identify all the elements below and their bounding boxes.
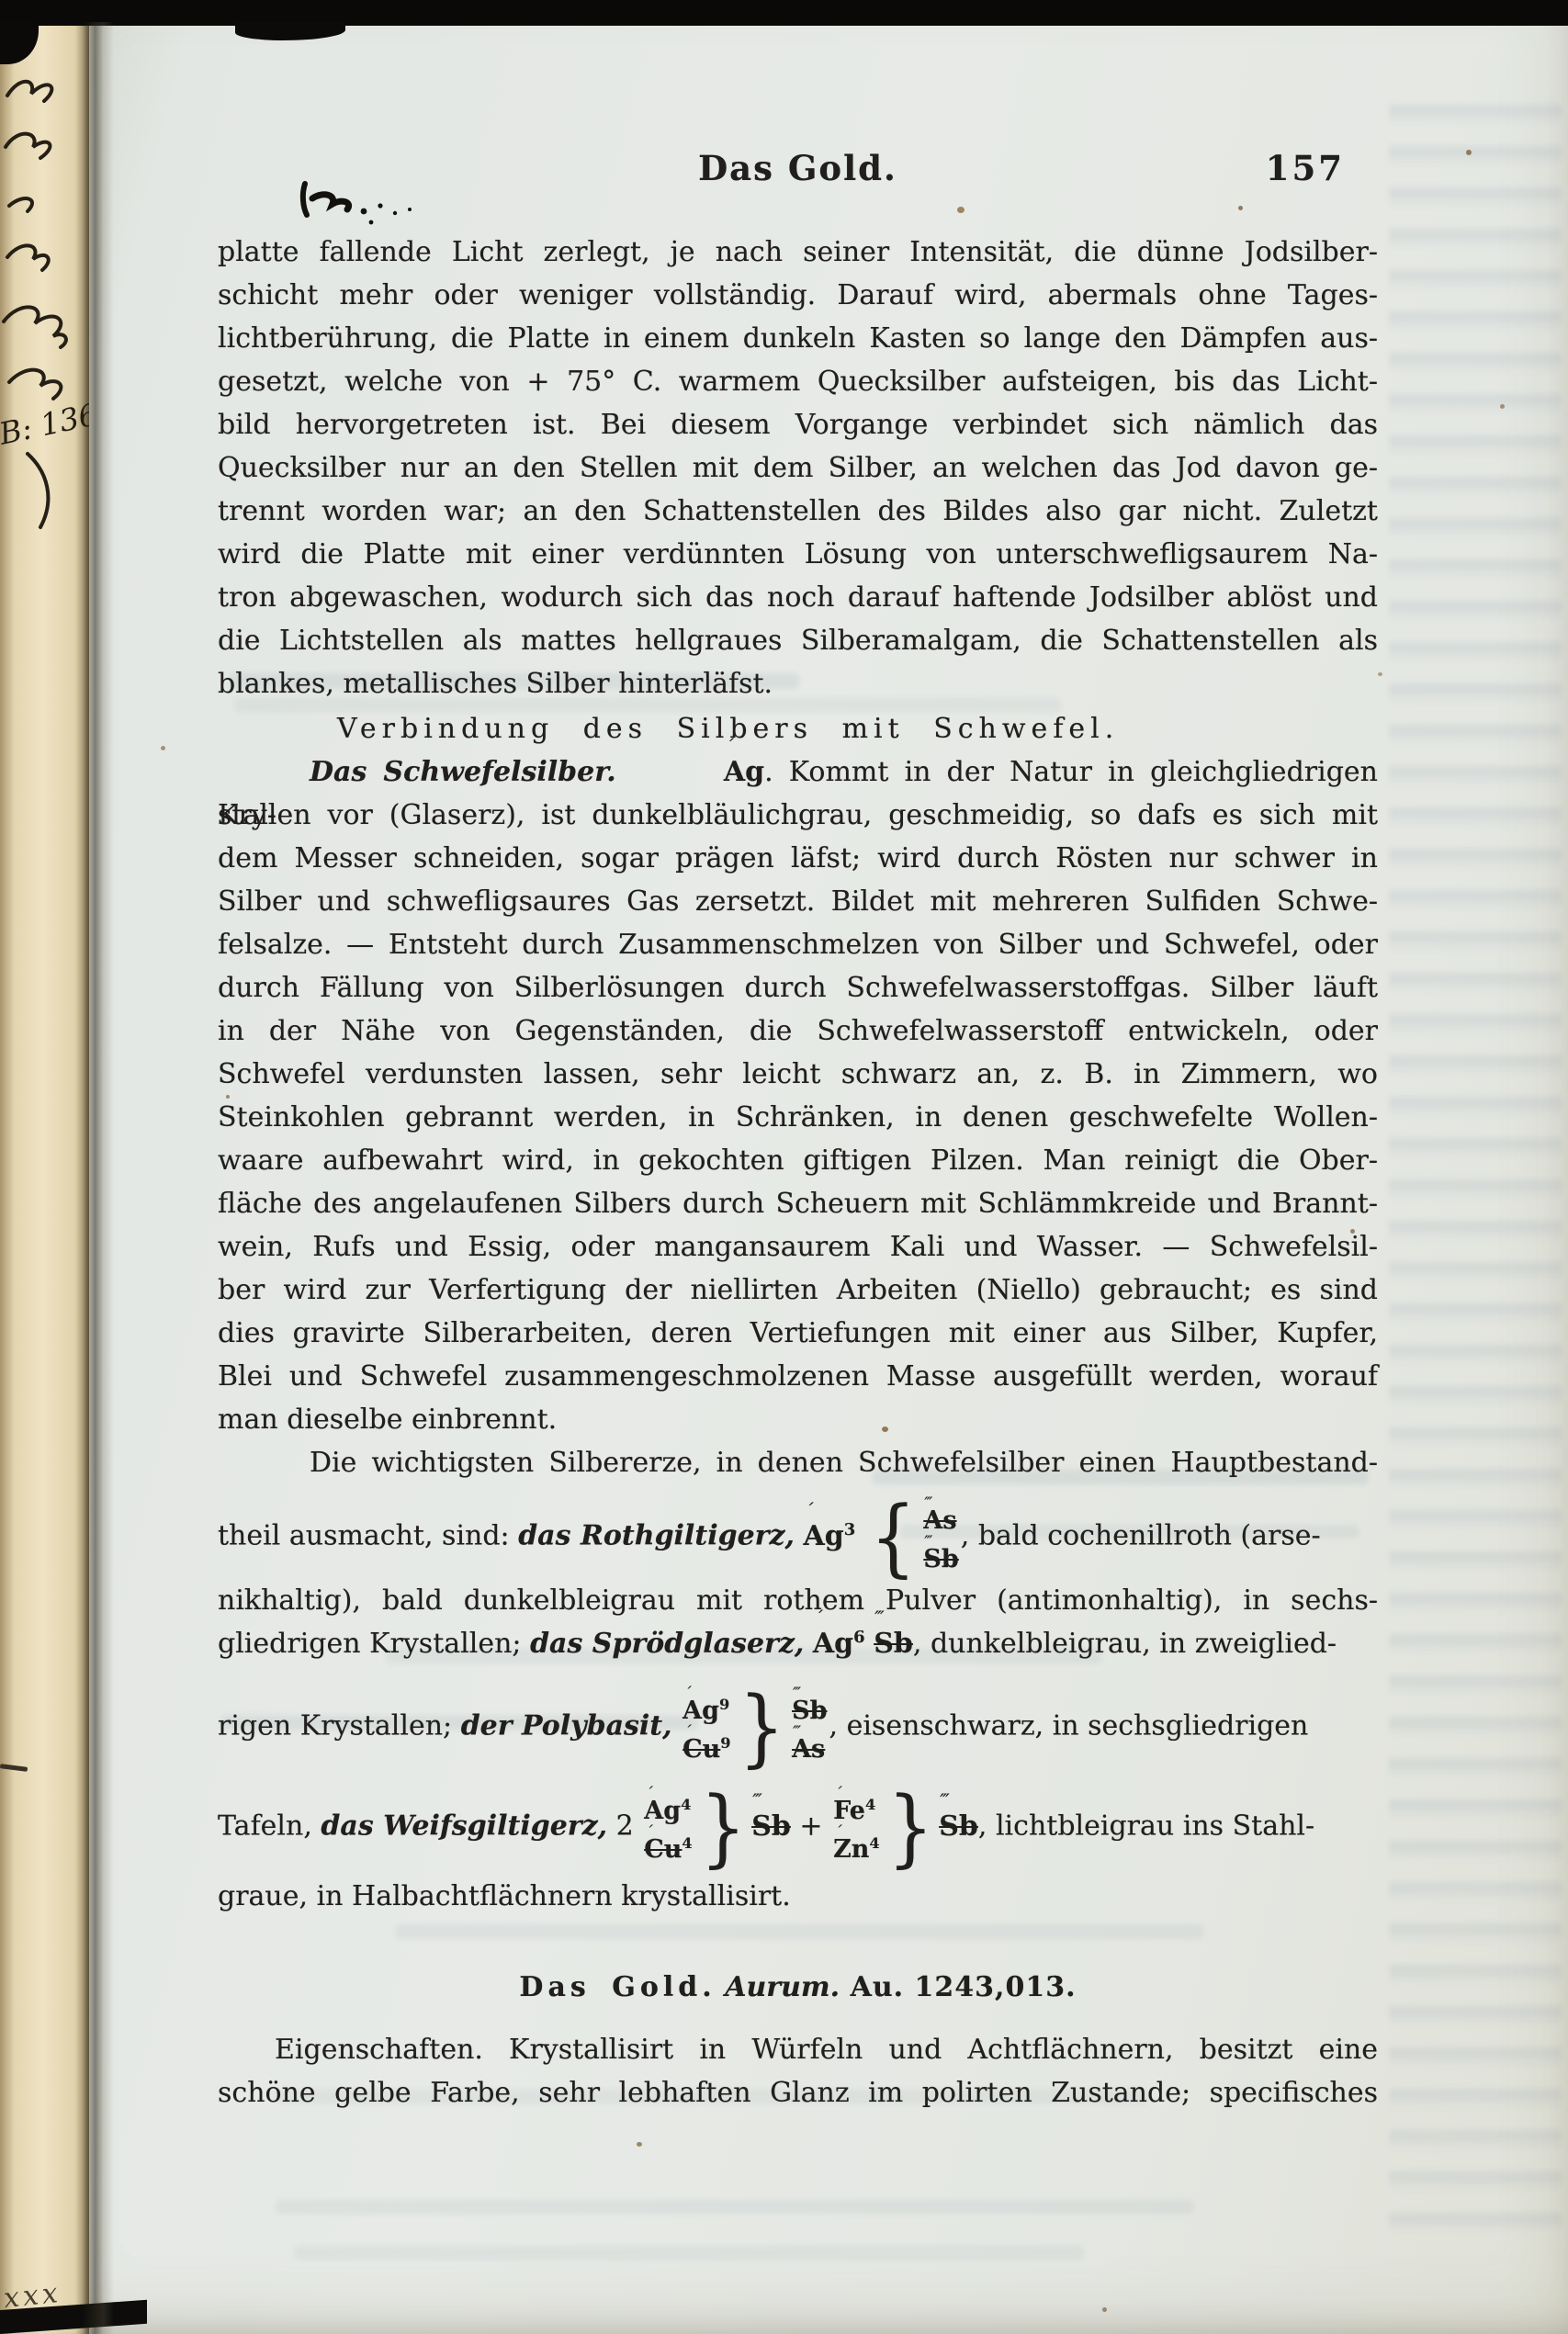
text-line: blankes, metallisches Silber hinterläfst… [218, 662, 1378, 705]
text-line: Blei und Schwefel zusammengeschmolzenen … [218, 1355, 1378, 1398]
accent-mark: ´ [814, 1608, 821, 1627]
chemical-symbol: ‴As [923, 1508, 956, 1533]
text-line: wein, Rufs und Essig, oder mangansaurem … [218, 1225, 1378, 1268]
chemical-symbol: ‴Sb [751, 1805, 791, 1848]
bleed-through-texture [276, 2200, 1194, 2214]
formula-stack: ‴As‴Sb [921, 1501, 960, 1573]
text-line: schöne gelbe Farbe, sehr lebhaften Glanz… [218, 2071, 1378, 2114]
chemical-symbol: ´Ag9 [682, 1698, 729, 1723]
text-line: man dieselbe einbrennt. [218, 1398, 1378, 1441]
formula-brace: } [739, 1694, 784, 1762]
section-heading-silber-schwefel: Verbindung des Silbers mit Schwefel. [218, 707, 1378, 750]
paragraph-eigenschaften: Eigenschaften. Krystallisirt in Würfeln … [218, 2028, 1378, 2114]
chemical-symbol: ´Cu4 [644, 1837, 692, 1862]
running-title: Das Gold. [698, 148, 897, 188]
accent-mark: ´ [834, 1825, 840, 1841]
text-line: trennt worden war; an den Schattenstelle… [218, 490, 1378, 533]
page-gutter-shadow [83, 22, 114, 2334]
fox-spot [1500, 404, 1505, 409]
text-line: rigen Krystallen; der Polybasit, ´Ag9´Cu… [218, 1691, 1378, 1764]
text-line: in der Nähe von Gegenständen, die Schwef… [218, 1009, 1378, 1053]
chemical-symbol: ‴Sb [874, 1622, 913, 1665]
accent-mark: ‴ [924, 1535, 931, 1550]
accent-mark: ‴ [940, 1791, 947, 1810]
accent-mark: ´ [804, 1501, 811, 1519]
paragraph-schwefelsilber: Das Schwefelsilber. ´Ag. Kommt in der Na… [218, 750, 1378, 1441]
formula-stack: ´Ag4´Cu4 [642, 1791, 694, 1864]
accent-mark: ‴ [793, 1686, 799, 1702]
text-line: gliedrigen Krystallen; das Sprödglaserz,… [218, 1622, 1378, 1665]
text-line: fläche des angelaufenen Silbers durch Sc… [218, 1182, 1378, 1225]
accent-mark: ´ [683, 1725, 690, 1741]
formula-stack: ´Fe4´Zn4 [831, 1791, 882, 1864]
accent-mark: ‴ [874, 1608, 882, 1627]
chemical-symbol: ´Ag3 [803, 1515, 855, 1558]
formula-brace: { [870, 1504, 916, 1572]
text-line: bild hervorgetreten ist. Bei diesem Vorg… [218, 403, 1378, 446]
marginalia-note-text: B: 136) [0, 393, 89, 452]
text-line: Verbindung des Silbers mit Schwefel. [337, 707, 1378, 750]
text-line: durch Fällung von Silberlösungen durch S… [218, 966, 1378, 1009]
accent-mark: ‴ [752, 1791, 760, 1810]
page-header: Das Gold. 157 [218, 147, 1378, 189]
text-line: stallen vor (Glaserz), ist dunkelbläulic… [218, 794, 1378, 837]
text-line: gesetzt, welche von + 75° C. warmem Quec… [218, 360, 1378, 403]
chemical-symbol: ´Ag [632, 750, 764, 794]
text-line: Das Gold. Aurum. Au. 1243,013. [218, 1966, 1378, 2009]
text-line: waare aufbewahrt wird, in gekochten gift… [218, 1139, 1378, 1182]
chemical-symbol: ´Ag6 [813, 1622, 865, 1665]
accent-mark: ´ [645, 1825, 651, 1841]
handwritten-marginalia: B: 136) [0, 59, 89, 757]
text-line: nikhaltig), bald dunkelbleigrau mit roth… [218, 1579, 1378, 1622]
text-line: Eigenschaften. Krystallisirt in Würfeln … [218, 2028, 1378, 2071]
fox-spot [1466, 150, 1472, 155]
text-line: Silber und schwefligsaures Gas zersetzt.… [218, 880, 1378, 923]
formula-stack: ‴Sb‴As [790, 1691, 829, 1764]
text-line: graue, in Halbachtflächnern krystallisir… [218, 1875, 1378, 1918]
text-line: die Lichtstellen als mattes hellgraues S… [218, 619, 1378, 662]
formula-stack: ´Ag9´Cu9 [681, 1691, 732, 1764]
paragraph-daguerreotypie: platte fallende Licht zerlegt, je nach s… [218, 231, 1378, 705]
formula-brace: } [887, 1794, 933, 1862]
text-line: dies gravirte Silberarbeiten, deren Vert… [218, 1312, 1378, 1355]
text-line: wird die Platte mit einer verdünnten Lös… [218, 533, 1378, 576]
accent-mark: ‴ [793, 1725, 799, 1741]
fox-spot [161, 746, 165, 750]
text-line: platte fallende Licht zerlegt, je nach s… [218, 231, 1378, 274]
printed-text-area: Das Gold. 157 platte fallende Licht zerl… [218, 147, 1378, 2114]
book-scan: B: 136) xxx Das Gold. 157 platte fallend… [0, 0, 1568, 2334]
text-line: tron abgewaschen, wodurch sich das noch … [218, 576, 1378, 619]
text-line: schicht mehr oder weniger vollständig. D… [218, 274, 1378, 317]
text-line: Tafeln, das Weifsgiltigerz, 2 ´Ag4´Cu4}‴… [218, 1791, 1378, 1864]
text-block: platte fallende Licht zerlegt, je nach s… [218, 231, 1378, 2114]
chemical-symbol: ‴Sb [939, 1805, 978, 1848]
chemical-symbol: ‴As [792, 1737, 825, 1762]
margin-stroke [0, 1764, 28, 1772]
text-line: lichtberührung, die Platte in einem dunk… [218, 317, 1378, 360]
bleed-through-texture [294, 2246, 1084, 2260]
chemical-symbol: ´Ag4 [644, 1798, 691, 1823]
text-line: felsalze. — Entsteht durch Zusammenschme… [218, 923, 1378, 966]
text-line: Steinkohlen gebrannt werden, in Schränke… [218, 1096, 1378, 1139]
text-line: Quecksilber nur an den Stellen mit dem S… [218, 446, 1378, 490]
text-line: theil ausmacht, sind: das Rothgiltigerz,… [218, 1501, 1378, 1573]
text-line: Das Schwefelsilber. ´Ag. Kommt in der Na… [218, 750, 1378, 794]
fox-spot [1102, 2307, 1107, 2312]
chemical-symbol: ‴Sb [923, 1547, 958, 1572]
previous-page-edge: B: 136) xxx [0, 22, 89, 2334]
chemical-symbol: ‴Sb [792, 1698, 827, 1723]
formula-brace: } [700, 1794, 746, 1862]
page-number: 157 [1266, 147, 1345, 190]
chemical-symbol: ´Zn4 [833, 1837, 880, 1862]
text-line: dem Messer schneiden, sogar prägen läfst… [218, 837, 1378, 880]
chemical-symbol: ´Cu9 [682, 1737, 730, 1762]
fox-spot [1378, 672, 1382, 676]
paragraph-silbererze: Die wichtigsten Silbererze, in denen Sch… [218, 1441, 1378, 1918]
accent-mark: ´ [633, 737, 732, 755]
text-line: Die wichtigsten Silbererze, in denen Sch… [218, 1441, 1378, 1484]
text-line: ber wird zur Verfertigung der niellirten… [218, 1268, 1378, 1312]
chemical-symbol: ´Fe4 [833, 1798, 875, 1823]
section-heading-gold: Das Gold. Aurum. Au. 1243,013. [218, 1966, 1378, 2009]
text-line: Schwefel verdunsten lassen, sehr leicht … [218, 1053, 1378, 1096]
accent-mark: ‴ [924, 1496, 931, 1512]
fox-spot [637, 2142, 642, 2147]
accent-mark: ´ [645, 1787, 651, 1802]
accent-mark: ´ [683, 1686, 690, 1702]
accent-mark: ´ [834, 1787, 840, 1802]
bleed-through-texture [1389, 101, 1562, 2232]
